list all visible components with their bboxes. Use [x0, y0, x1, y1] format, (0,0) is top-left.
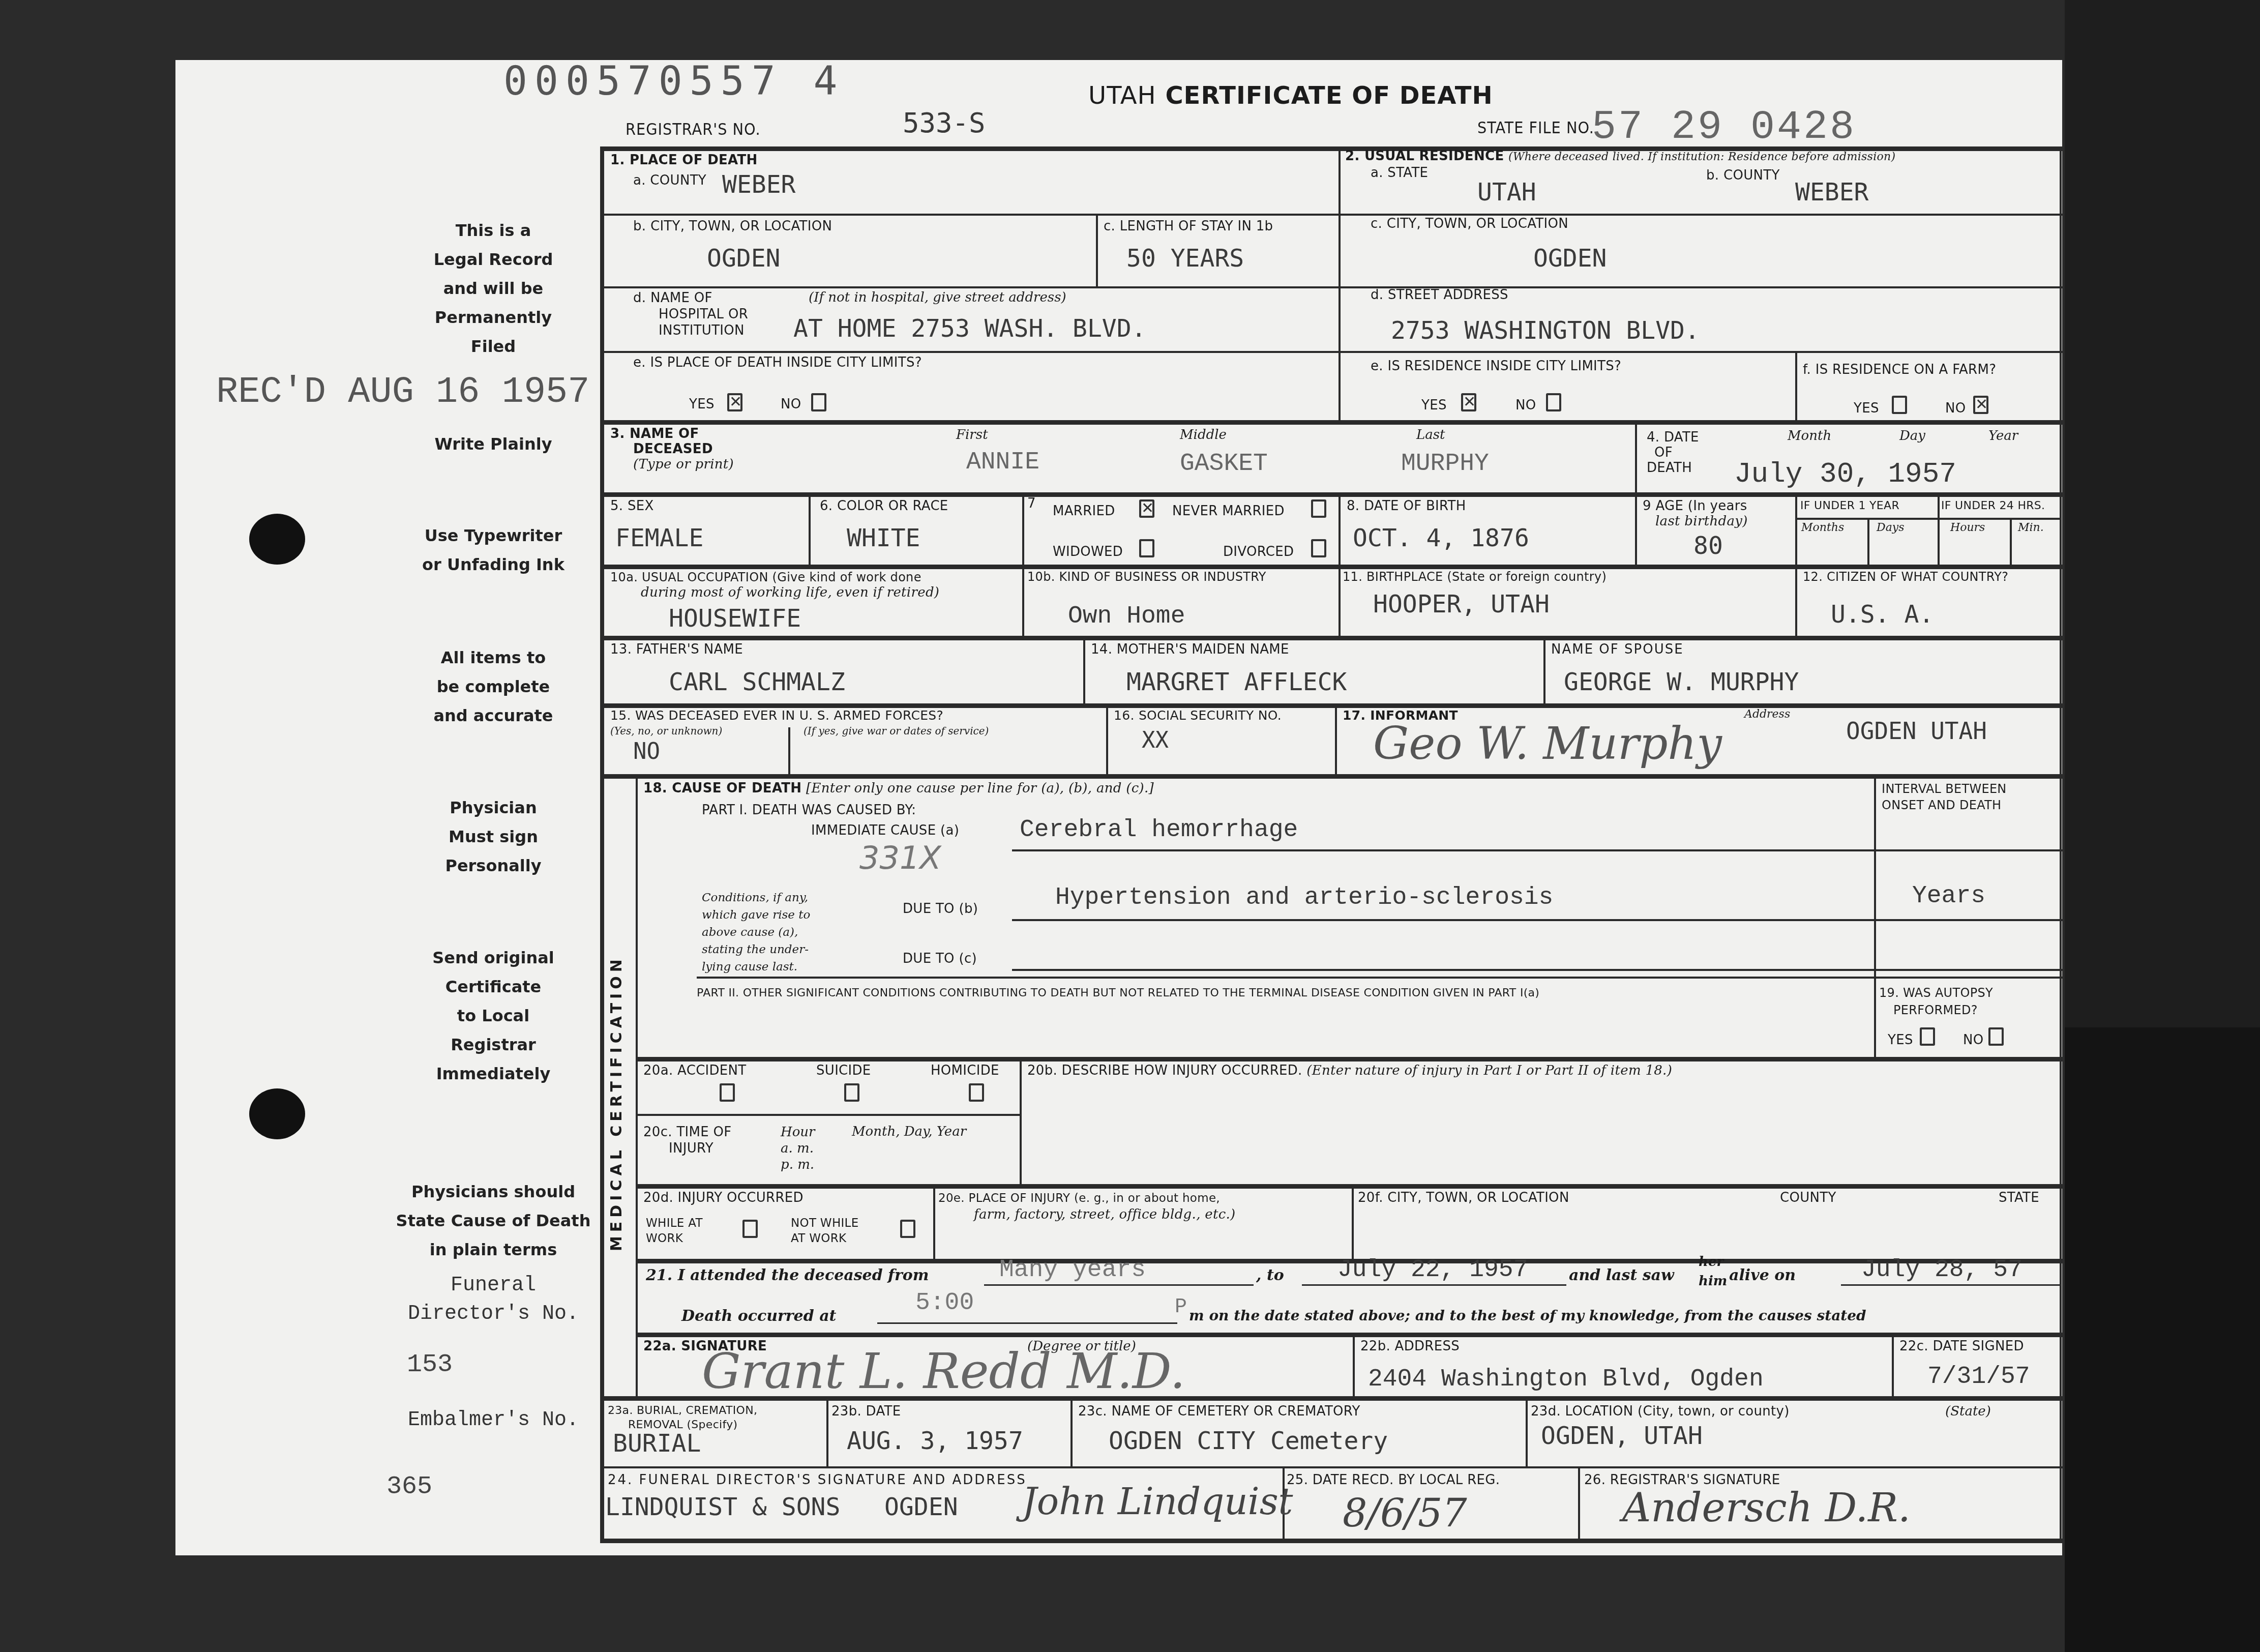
row-line: [600, 286, 2062, 288]
death-occurred-label: Death occurred at: [681, 1307, 836, 1325]
place-inside-city-yes-checkbox[interactable]: [727, 393, 742, 411]
scanner-background-right-lower: [2065, 1027, 2260, 1652]
spouse-value[interactable]: GEORGE W. MURPHY: [1564, 668, 1799, 696]
due-to-b-label: DUE TO (b): [903, 901, 978, 917]
married-label: MARRIED: [1053, 504, 1115, 519]
attended-to-value[interactable]: July 22, 1957: [1337, 1256, 1528, 1284]
row-line: [600, 774, 2062, 779]
col-line: [1938, 492, 1940, 565]
registrar-signature[interactable]: Andersch D.R.: [1622, 1485, 1911, 1531]
interval-b-value[interactable]: Years: [1912, 882, 1985, 910]
cause-line-a: [1012, 849, 2062, 851]
punch-hole-bottom: [249, 1088, 305, 1139]
farm-yes-checkbox[interactable]: [1892, 396, 1907, 414]
label-line: 20c. TIME OF: [643, 1124, 732, 1140]
label-line: which gave rise to: [702, 906, 810, 924]
industry-label: 10b. KIND OF BUSINESS OR INDUSTRY: [1027, 570, 1266, 584]
row-line: [600, 703, 2062, 708]
write-plainly-note: Write Plainly: [397, 430, 590, 459]
residence-state-label: a. STATE: [1371, 165, 1428, 181]
send-original-note: Send original Certificate to Local Regis…: [397, 943, 590, 1088]
col-line: [1578, 1466, 1580, 1540]
label-line: lying cause last.: [702, 958, 810, 976]
col-line: [1070, 1396, 1073, 1467]
part1-label: PART I. DEATH WAS CAUSED BY:: [702, 803, 916, 818]
label-line: INSTITUTION: [633, 322, 748, 339]
legal-record-note: This is a Legal Record and will be Perma…: [397, 216, 590, 361]
row-line: [600, 1466, 2062, 1468]
col-line: [826, 1396, 828, 1467]
burial-date-label: 23b. DATE: [831, 1404, 901, 1419]
citizen-value[interactable]: U.S. A.: [1831, 600, 1934, 629]
race-value[interactable]: WHITE: [847, 524, 920, 552]
note-line: Physicians should: [376, 1177, 610, 1206]
note-line: This is a: [397, 216, 590, 245]
physician-sign-note: Physician Must sign Personally: [397, 793, 590, 880]
due-to-c-label: DUE TO (c): [903, 951, 977, 966]
death-tail-text: m on the date stated above; and to the b…: [1189, 1307, 1866, 1324]
farm-label: f. IS RESIDENCE ON A FARM?: [1803, 362, 1996, 377]
place-county-value[interactable]: WEBER: [722, 170, 796, 199]
col-line: [636, 774, 638, 1397]
injury-county-label: COUNTY: [1780, 1190, 1836, 1205]
informant-address-value[interactable]: OGDEN UTAH: [1846, 717, 1987, 745]
residence-inside-city-label: e. IS RESIDENCE INSIDE CITY LIMITS?: [1371, 359, 1621, 374]
father-value[interactable]: CARL SCHMALZ: [669, 668, 845, 696]
medical-certification-label: MEDICAL CERTIFICATION: [608, 955, 626, 1251]
row-line: [636, 1114, 1020, 1116]
am-label: a. m.: [781, 1140, 815, 1157]
note-line: Funeral: [376, 1272, 610, 1300]
spouse-label: NAME OF SPOUSE: [1551, 642, 1684, 657]
hospital-hint: (If not in hospital, give street address…: [809, 290, 1066, 305]
autopsy-yes-checkbox[interactable]: [1920, 1027, 1935, 1046]
farm-yes-label: YES: [1854, 401, 1879, 416]
under-1-year-label: IF UNDER 1 YEAR: [1800, 499, 1899, 512]
title-prefix: UTAH: [1088, 81, 1156, 110]
describe-injury-hint: (Enter nature of injury in Part I or Par…: [1306, 1063, 1672, 1078]
divider-place-residence: [1339, 146, 1341, 421]
autopsy-no-label: NO: [1963, 1032, 1984, 1048]
date-signed-value[interactable]: 7/31/57: [1927, 1363, 2030, 1391]
date-signed-label: 22c. DATE SIGNED: [1899, 1339, 2024, 1354]
note-line: in plain terms: [376, 1235, 610, 1264]
physicians-should-note: Physicians should State Cause of Death i…: [376, 1177, 610, 1264]
place-of-injury-label: 20e. PLACE OF INJURY (e. g., in or about…: [938, 1190, 1236, 1223]
embalmer-no-label: Embalmer's No.: [376, 1406, 610, 1435]
note-line: All items to: [397, 643, 590, 672]
alive-on-label: alive on: [1729, 1266, 1796, 1284]
hospital-label: d. NAME OF HOSPITAL OR INSTITUTION: [633, 290, 748, 339]
title-main: CERTIFICATE OF DEATH: [1165, 81, 1493, 110]
burial-date-value[interactable]: AUG. 3, 1957: [847, 1427, 1023, 1455]
note-line: and will be: [397, 274, 590, 303]
label-line: 23a. BURIAL, CREMATION,: [608, 1404, 757, 1418]
physician-address-value[interactable]: 2404 Washington Blvd, Ogden: [1368, 1366, 1764, 1393]
father-label: 13. FATHER'S NAME: [610, 642, 743, 657]
industry-value[interactable]: Own Home: [1068, 603, 1185, 630]
location-label: 23d. LOCATION (City, town, or county): [1531, 1404, 1790, 1419]
marital-num: 7: [1027, 496, 1036, 511]
hospital-value[interactable]: AT HOME 2753 WASH. BLVD.: [793, 314, 1146, 343]
mdy-label: Month, Day, Year: [852, 1124, 966, 1139]
divorced-checkbox[interactable]: [1311, 539, 1326, 557]
day-label: Day: [1899, 428, 1925, 444]
note-line: or Unfading Ink: [386, 550, 600, 579]
underline: [877, 1322, 1177, 1324]
label-line: (Type or print): [610, 457, 734, 472]
burial-label: 23a. BURIAL, CREMATION, REMOVAL (Specify…: [608, 1404, 757, 1432]
label-line: 3. NAME OF: [610, 426, 699, 441]
residence-state-value[interactable]: UTAH: [1477, 178, 1536, 206]
physician-address-label: 22b. ADDRESS: [1360, 1339, 1460, 1354]
label-line: OF: [1647, 445, 1699, 460]
row-line: [636, 1184, 2062, 1189]
mother-value[interactable]: MARGRET AFFLECK: [1126, 668, 1347, 696]
funeral-director-value[interactable]: LINDQUIST & SONS OGDEN: [605, 1493, 958, 1521]
label-line: during most of working life, even if ret…: [610, 585, 939, 600]
pm-label: p. m.: [781, 1157, 815, 1173]
autopsy-label: 19. WAS AUTOPSY PERFORMED?: [1879, 984, 1993, 1019]
note-line: Use Typewriter: [386, 521, 600, 550]
due-to-b-value[interactable]: Hypertension and arterio-sclerosis: [1055, 884, 1553, 911]
certificate-title: UTAH CERTIFICATE OF DEATH: [1088, 81, 1493, 110]
informant-signature[interactable]: Geo W. Murphy: [1373, 717, 1722, 770]
row-line: [600, 420, 2062, 425]
label-line: 4. DATE: [1647, 430, 1699, 445]
length-of-stay-label: c. LENGTH OF STAY IN 1b: [1104, 219, 1273, 234]
sex-label: 5. SEX: [610, 498, 654, 514]
note-line: Send original: [397, 943, 590, 972]
inside-city-no-label: NO: [781, 397, 801, 412]
registrar-no: 533-S: [903, 107, 986, 139]
pm-marker: P: [1175, 1296, 1187, 1319]
residence-street-label: d. STREET ADDRESS: [1371, 287, 1508, 303]
col-line: [1543, 636, 1545, 704]
row-line: [697, 977, 2062, 979]
all-items-note: All items to be complete and accurate: [397, 643, 590, 730]
date-recd-value[interactable]: 8/6/57: [1343, 1490, 1467, 1536]
divorced-label: DIVORCED: [1223, 544, 1294, 559]
describe-injury-field[interactable]: [1027, 1083, 2055, 1180]
label-line: AT WORK: [791, 1231, 859, 1246]
homicide-label: HOMICIDE: [931, 1063, 999, 1078]
label-line: 9 AGE (In years: [1643, 498, 1748, 514]
sex-value[interactable]: FEMALE: [615, 524, 703, 552]
state-file-no: 57 29 0428: [1592, 104, 1856, 151]
death-time-value[interactable]: 5:00: [915, 1289, 974, 1317]
use-typewriter-note: Use Typewriter or Unfading Ink: [386, 521, 600, 579]
note-line: Personally: [397, 851, 590, 880]
armed-forces-value[interactable]: NO: [633, 739, 660, 764]
embalmer-no: 365: [386, 1472, 432, 1501]
note-line: Permanently: [397, 303, 590, 332]
row-line: [600, 214, 2062, 216]
col-line: [1083, 636, 1085, 704]
never-married-label: NEVER MARRIED: [1172, 504, 1285, 519]
date-of-death-label: 4. DATE OF DEATH: [1647, 430, 1699, 476]
note-line: be complete: [397, 672, 590, 701]
label-line: farm, factory, street, office bldg., etc…: [938, 1206, 1236, 1223]
col-line: [809, 492, 811, 565]
res-yes-label: YES: [1421, 398, 1447, 413]
row-line: [600, 565, 2062, 569]
physician-signature[interactable]: Grant L. Redd M.D.: [702, 1343, 1185, 1400]
underline: [1302, 1284, 1566, 1286]
serial-number: 000570557 4: [503, 58, 845, 104]
armed-forces-label: 15. WAS DECEASED EVER IN U. S. ARMED FOR…: [610, 708, 943, 723]
last-label: Last: [1416, 427, 1445, 442]
row-line: [600, 351, 2062, 353]
citizen-label: 12. CITIZEN OF WHAT COUNTRY?: [1803, 570, 2008, 584]
her-him-label: her him: [1699, 1252, 1727, 1291]
middle-name-value[interactable]: GASKET: [1180, 450, 1268, 478]
months-label: Months: [1801, 521, 1844, 534]
label-line: DEATH: [1647, 460, 1699, 476]
note-line: Legal Record: [397, 245, 590, 274]
last-saw-date-value[interactable]: July 28, 57: [1861, 1256, 2023, 1284]
describe-injury-label: 20b. DESCRIBE HOW INJURY OCCURRED.: [1027, 1063, 1302, 1078]
col-line: [2010, 518, 2012, 565]
farm-no-checkbox[interactable]: [1973, 396, 1988, 414]
length-of-stay-value[interactable]: 50 YEARS: [1126, 244, 1244, 273]
immediate-cause-label: IMMEDIATE CAUSE (a): [811, 823, 959, 838]
residence-city-value[interactable]: OGDEN: [1533, 244, 1607, 273]
col-line: [933, 1184, 935, 1260]
while-at-work-label: WHILE AT WORK: [646, 1216, 703, 1246]
informant-address-label: Address: [1744, 708, 1790, 721]
residence-county-label: b. COUNTY: [1706, 168, 1780, 183]
dob-value[interactable]: OCT. 4, 1876: [1353, 524, 1529, 552]
note-line: Immediately: [397, 1059, 590, 1088]
registrar-no-label: REGISTRAR'S NO.: [626, 120, 761, 139]
last-name-value[interactable]: MURPHY: [1401, 450, 1489, 478]
label-line: NOT WHILE: [791, 1216, 859, 1231]
label-line: WHILE AT: [646, 1216, 703, 1231]
injury-city-label: 20f. CITY, TOWN, OR LOCATION: [1358, 1190, 1569, 1205]
interval-label: INTERVAL BETWEEN ONSET AND DEATH: [1882, 781, 2007, 813]
label-line: INJURY: [643, 1140, 732, 1157]
while-at-work-checkbox[interactable]: [742, 1220, 758, 1238]
col-line: [788, 727, 790, 778]
county-label: a. COUNTY: [633, 173, 706, 188]
label-line: ONSET AND DEATH: [1882, 797, 2007, 813]
funeral-director-no: 153: [407, 1350, 453, 1379]
col-line: [1892, 1333, 1894, 1399]
attended-from-value[interactable]: Many years: [999, 1256, 1146, 1284]
injury-state-label: STATE: [1999, 1190, 2039, 1205]
under-24-hrs-label: IF UNDER 24 HRS.: [1941, 499, 2045, 512]
occupation-label: 10a. USUAL OCCUPATION (Give kind of work…: [610, 570, 939, 600]
never-married-checkbox[interactable]: [1311, 499, 1326, 518]
place-inside-city-no-checkbox[interactable]: [811, 393, 826, 411]
cause-line-c: [1012, 969, 2062, 971]
middle-label: Middle: [1180, 427, 1227, 442]
year-label: Year: [1988, 428, 2018, 444]
date-recd-label: 25. DATE RECD. BY LOCAL REG.: [1287, 1472, 1500, 1488]
month-label: Month: [1788, 428, 1831, 444]
col-line: [1526, 1396, 1528, 1467]
label-line: 10a. USUAL OCCUPATION (Give kind of work…: [610, 570, 939, 585]
note-line: Registrar: [397, 1030, 590, 1059]
row-line: [600, 636, 2062, 640]
location-value[interactable]: OGDEN, UTAH: [1541, 1422, 1703, 1450]
age-label: 9 AGE (In years last birthday): [1643, 498, 1748, 529]
funeral-director-no-label: Funeral Director's No.: [376, 1272, 610, 1329]
form-bottom-border: [600, 1539, 2062, 1543]
immediate-cause-value[interactable]: Cerebral hemorrhage: [1020, 816, 1298, 844]
note-line: Certificate: [397, 972, 590, 1001]
to-label: , to: [1256, 1266, 1284, 1284]
farm-no-label: NO: [1945, 401, 1966, 416]
label-line: above cause (a),: [702, 924, 810, 941]
cause-of-death-label: 18. CAUSE OF DEATH: [643, 781, 801, 796]
label-line: 19. WAS AUTOPSY: [1879, 984, 1993, 1001]
label-line: PERFORMED?: [1879, 1001, 1993, 1019]
location-state-label: (State): [1945, 1404, 1991, 1419]
row-line: [636, 1333, 2062, 1337]
part2-label: PART II. OTHER SIGNIFICANT CONDITIONS CO…: [697, 987, 1539, 999]
widowed-checkbox[interactable]: [1139, 539, 1154, 557]
row-line: [600, 492, 2062, 497]
note-line: to Local: [397, 1001, 590, 1030]
last-saw-label: and last saw: [1569, 1266, 1674, 1284]
hours-label: Hours: [1950, 521, 1985, 534]
row-line: [636, 1057, 2062, 1061]
note-line: Filed: [397, 332, 590, 361]
attended-label: 21. I attended the deceased from: [646, 1266, 929, 1284]
funeral-director-label: 24. FUNERAL DIRECTOR'S SIGNATURE AND ADD…: [608, 1472, 1027, 1488]
dob-label: 8. DATE OF BIRTH: [1347, 498, 1466, 514]
residence-county-value[interactable]: WEBER: [1795, 178, 1869, 206]
col-line: [1020, 1057, 1022, 1184]
suicide-label: SUICIDE: [816, 1063, 871, 1078]
him-label: him: [1699, 1272, 1727, 1291]
not-while-at-work-checkbox[interactable]: [900, 1220, 915, 1238]
col-line: [1874, 774, 1876, 1059]
cemetery-value[interactable]: OGDEN CITY Cemetery: [1109, 1427, 1388, 1455]
autopsy-yes-label: YES: [1888, 1032, 1913, 1048]
injury-occurred-label: 20d. INJURY OCCURRED: [643, 1190, 804, 1205]
note-line: Physician: [397, 793, 590, 822]
note-line: Director's No.: [376, 1300, 610, 1329]
res-no-label: NO: [1515, 398, 1536, 413]
birthplace-label: 11. BIRTHPLACE (State or foreign country…: [1343, 570, 1607, 584]
state-file-no-label: STATE FILE NO.: [1477, 118, 1594, 137]
cemetery-label: 23c. NAME OF CEMETERY OR CREMATORY: [1078, 1404, 1360, 1419]
label-line: DECEASED: [633, 441, 713, 457]
inside-city-yes-label: YES: [689, 397, 715, 412]
date-of-death-value[interactable]: July 30, 1957: [1734, 458, 1956, 490]
col-line: [1335, 703, 1337, 778]
burial-value[interactable]: BURIAL: [613, 1429, 701, 1458]
usual-residence-label: 2. USUAL RESIDENCE: [1345, 149, 1504, 164]
first-name-value[interactable]: ANNIE: [966, 449, 1039, 476]
label-line: WORK: [646, 1231, 703, 1246]
label-line: last birthday): [1643, 514, 1748, 529]
cause-code-annotation: 331X: [859, 839, 941, 876]
label-line: 20e. PLACE OF INJURY (e. g., in or about…: [938, 1190, 1236, 1206]
age-value[interactable]: 80: [1693, 532, 1723, 560]
col-line: [1096, 214, 1098, 286]
conditions-note: Conditions, if any, which gave rise to a…: [702, 889, 810, 976]
note-line: State Cause of Death: [376, 1206, 610, 1235]
ssn-label: 16. SOCIAL SECURITY NO.: [1114, 708, 1282, 723]
her-label: her: [1699, 1252, 1727, 1272]
label-line: HOSPITAL OR: [633, 306, 748, 322]
deceased-name-label: 3. NAME OF DECEASED (Type or print): [610, 426, 734, 472]
accident-checkbox[interactable]: [720, 1083, 735, 1102]
cause-of-death-hint: [Enter only one cause per line for (a), …: [806, 781, 1154, 796]
city-label: b. CITY, TOWN, OR LOCATION: [633, 219, 832, 234]
form-left-border: [600, 146, 604, 1543]
occupation-value[interactable]: HOUSEWIFE: [669, 604, 801, 633]
autopsy-no-checkbox[interactable]: [1988, 1027, 2004, 1046]
place-of-death-label: 1. PLACE OF DEATH: [610, 153, 758, 168]
race-label: 6. COLOR OR RACE: [820, 498, 948, 514]
col-line: [1353, 1333, 1355, 1399]
married-checkbox[interactable]: [1139, 499, 1154, 518]
label-line: d. NAME OF: [633, 290, 748, 306]
hour-label: Hour: [781, 1124, 815, 1140]
col-line: [1795, 351, 1797, 422]
underline: [1841, 1284, 2060, 1286]
note-line: Must sign: [397, 822, 590, 851]
note-line: and accurate: [397, 701, 590, 730]
usual-residence-hint: (Where deceased lived. If institution: R…: [1508, 151, 1895, 163]
ssn-value[interactable]: XX: [1142, 727, 1169, 753]
col-line: [1106, 703, 1108, 778]
residence-city-label: c. CITY, TOWN, OR LOCATION: [1371, 216, 1568, 231]
homicide-checkbox[interactable]: [969, 1083, 984, 1102]
armed-forces-hint1: (Yes, no, or unknown): [610, 725, 722, 737]
punch-hole-top: [249, 514, 305, 565]
time-of-injury-label: 20c. TIME OF INJURY: [643, 1124, 732, 1157]
underline: [984, 1284, 1254, 1286]
received-stamp: REC'D AUG 16 1957: [216, 371, 590, 413]
residence-inside-city-yes-checkbox[interactable]: [1461, 393, 1476, 411]
not-while-at-work-label: NOT WHILE AT WORK: [791, 1216, 859, 1246]
label-line: Conditions, if any,: [702, 889, 810, 906]
row-line: [1795, 518, 2060, 520]
accident-label: 20a. ACCIDENT: [643, 1063, 747, 1078]
armed-forces-hint2: (If yes, give war or dates of service): [804, 725, 989, 737]
label-line: stating the under-: [702, 941, 810, 958]
hour-am-pm: Hour a. m. p. m.: [781, 1124, 815, 1173]
label-line: INTERVAL BETWEEN: [1882, 781, 2007, 797]
col-line: [1867, 518, 1869, 565]
suicide-checkbox[interactable]: [844, 1083, 859, 1102]
place-city-value[interactable]: OGDEN: [707, 244, 781, 273]
cause-line-b: [1012, 919, 2062, 921]
mother-label: 14. MOTHER'S MAIDEN NAME: [1091, 642, 1289, 657]
inside-city-label: e. IS PLACE OF DEATH INSIDE CITY LIMITS?: [633, 355, 922, 370]
min-label: Min.: [2018, 521, 2044, 534]
first-label: First: [956, 427, 988, 442]
col-line: [1352, 1184, 1354, 1260]
funeral-director-signature[interactable]: John Lindquist: [1022, 1480, 1293, 1523]
widowed-label: WIDOWED: [1053, 544, 1123, 559]
days-label: Days: [1877, 521, 1904, 534]
residence-street-value[interactable]: 2753 WASHINGTON BLVD.: [1391, 316, 1700, 345]
birthplace-value[interactable]: HOOPER, UTAH: [1373, 590, 1550, 618]
residence-inside-city-no-checkbox[interactable]: [1546, 393, 1561, 411]
